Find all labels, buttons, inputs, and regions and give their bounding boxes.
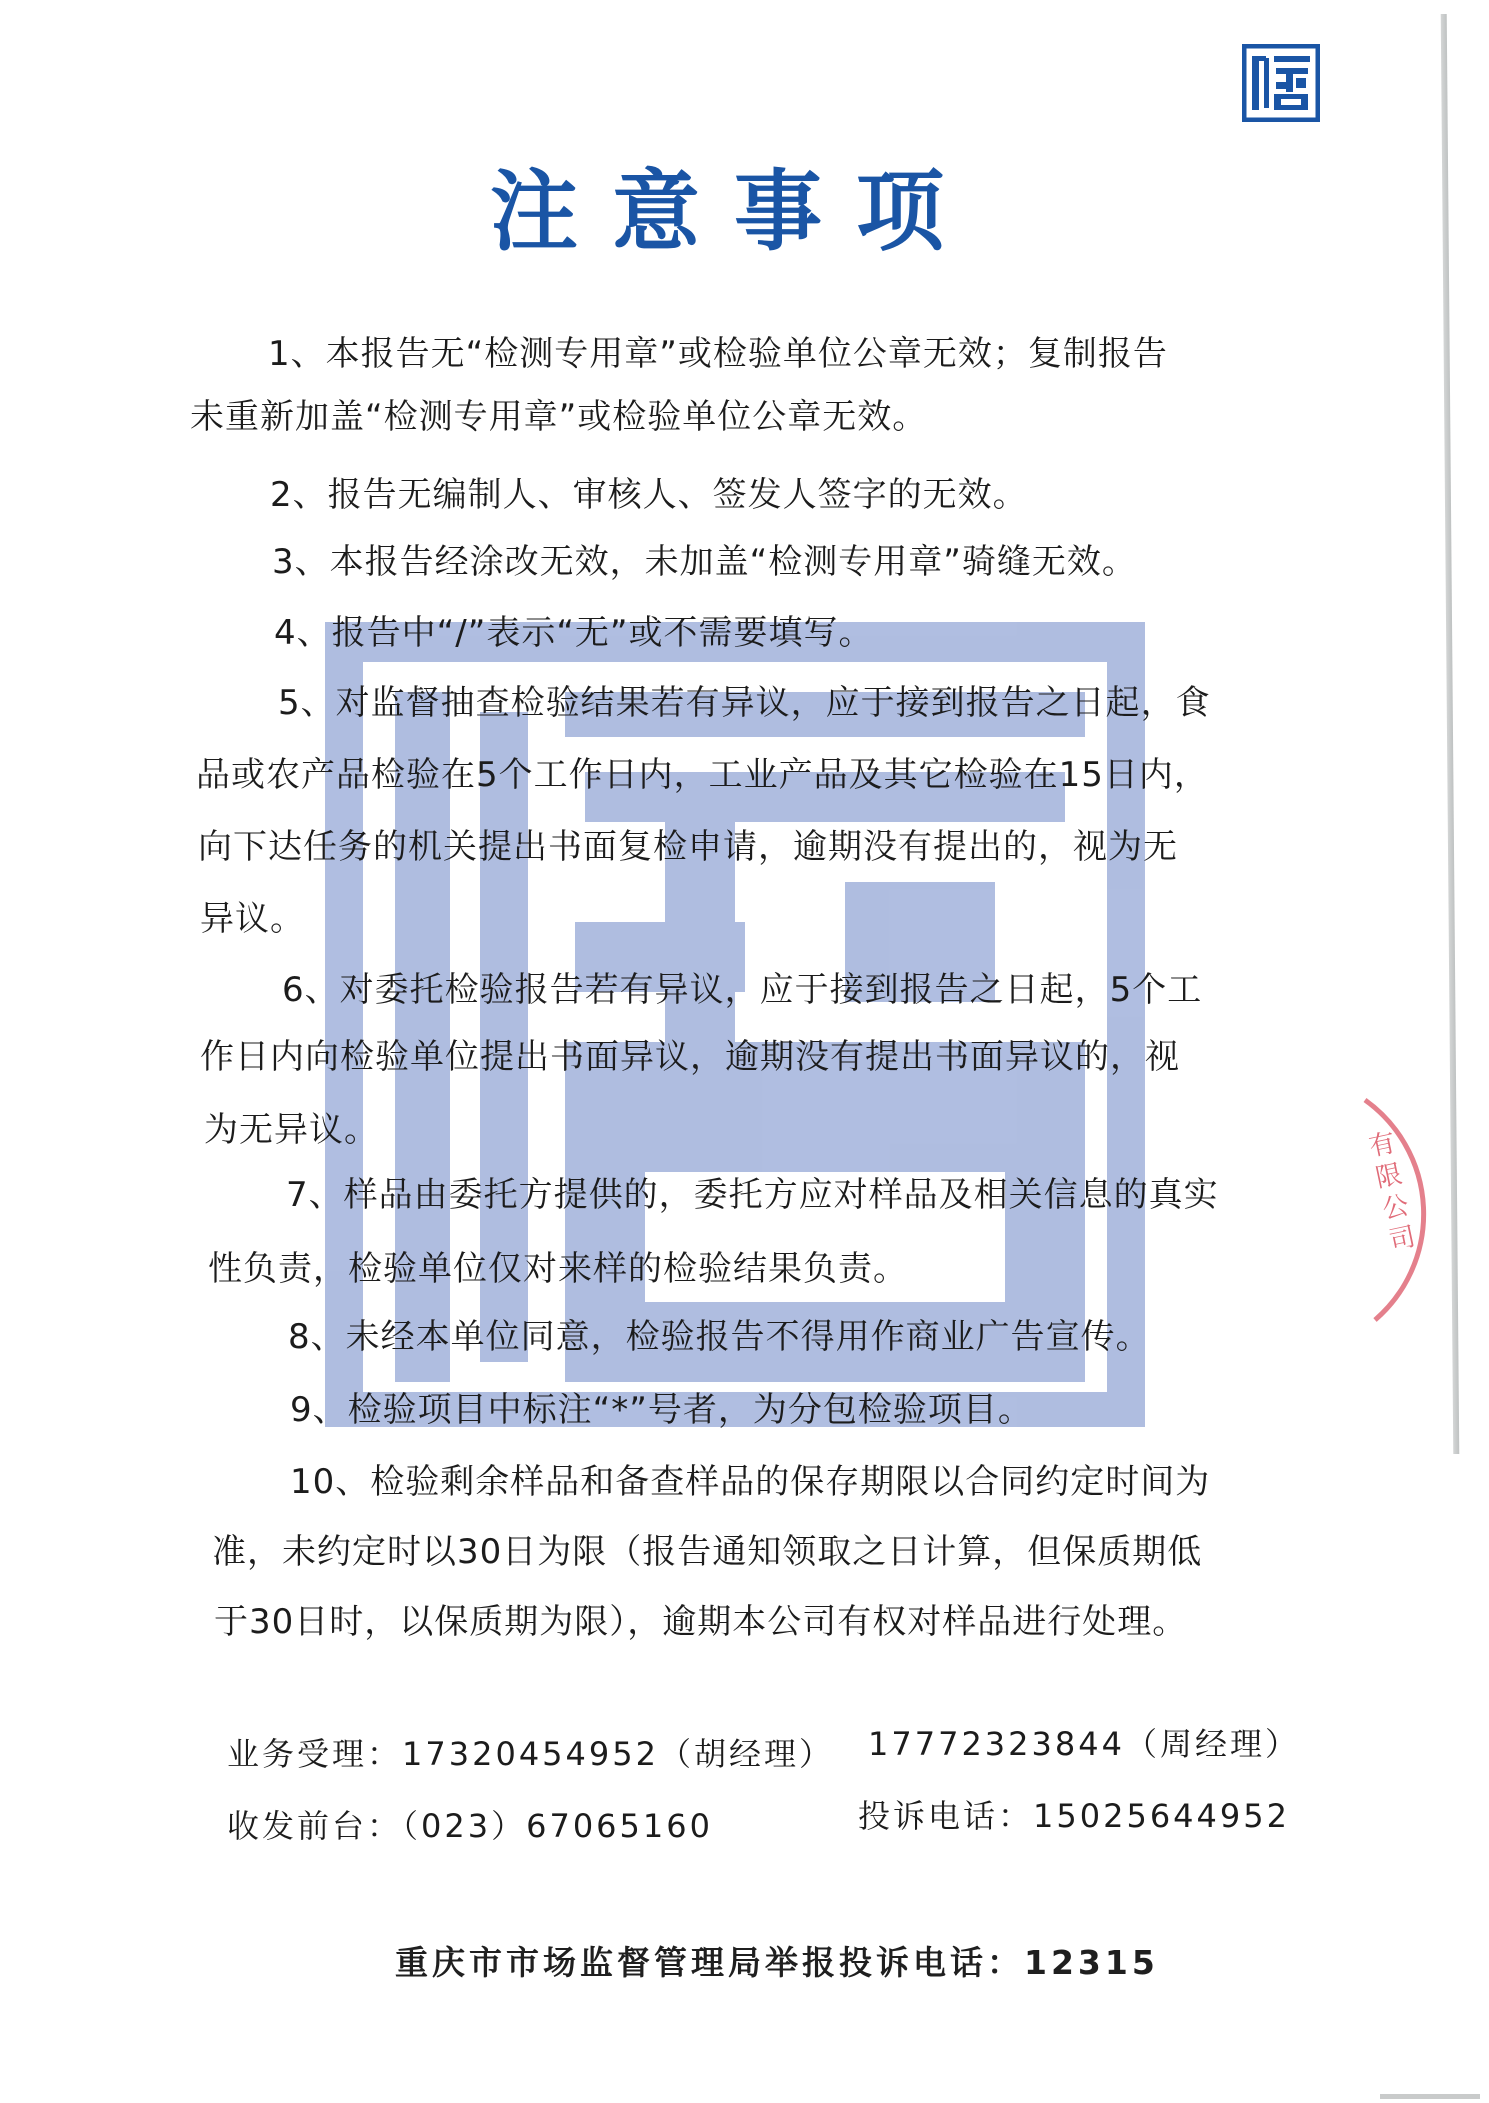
complaint-contact: 投诉电话：15025644952 <box>858 1800 1290 1832</box>
complaint-phone: 15025644952 <box>1033 1797 1290 1835</box>
notice-item-9: 9、检验项目中标注“*”号者，为分包检验项目。 <box>290 1393 1033 1427</box>
notice-item-6-line-2: 作日内向检验单位提出书面异议，逾期没有提出书面异议的，视 <box>200 1040 1180 1074</box>
notice-item-4: 4、报告中“/”表示“无”或不需要填写。 <box>274 616 874 650</box>
notice-item-1-line-2: 未重新加盖“检测专用章”或检验单位公章无效。 <box>190 400 927 434</box>
page-title: 注意事项 <box>490 168 950 256</box>
notice-item-5-line-2: 品或农产品检验在5个工作日内，工业产品及其它检验在15日内， <box>196 758 1209 792</box>
notice-item-2: 2、报告无编制人、审核人、签发人签字的无效。 <box>270 478 1028 512</box>
reception-phone: （023）67065160 <box>402 1807 713 1845</box>
notice-item-7-line-2: 性负责，检验单位仅对来样的检验结果负责。 <box>208 1252 908 1286</box>
business-label: 业务受理： <box>227 1735 402 1773</box>
notice-item-1-line-1: 1、本报告无“检测专用章”或检验单位公章无效；复制报告 <box>268 337 1168 371</box>
reception-contact: 收发前台：（023）67065160 <box>227 1810 713 1842</box>
notice-item-10-line-3: 于30日时，以保质期为限），逾期本公司有权对样品进行处理。 <box>214 1605 1187 1639</box>
complaint-label: 投诉电话： <box>858 1797 1033 1835</box>
notice-item-10-line-2: 准，未约定时以30日为限（报告通知领取之日计算，但保质期低 <box>212 1535 1202 1569</box>
notice-item-5-line-3: 向下达任务的机关提出书面复检申请，逾期没有提出的，视为无 <box>198 830 1178 864</box>
seal-watermark-icon <box>325 622 1145 1427</box>
notice-item-5-line-1: 5、对监督抽查检验结果若有异议，应于接到报告之日起，食 <box>278 686 1211 720</box>
notice-item-5-line-4: 异议。 <box>200 902 305 936</box>
company-seal-logo-icon <box>1242 44 1320 122</box>
notice-item-10-line-1: 10、检验剩余样品和备查样品的保存期限以合同约定时间为 <box>290 1465 1210 1499</box>
notice-item-6-line-3: 为无异议。 <box>204 1113 379 1147</box>
business-contact: 业务受理：17320454952（胡经理） <box>227 1738 834 1770</box>
notice-item-8: 8、未经本单位同意，检验报告不得用作商业广告宣传。 <box>288 1320 1151 1354</box>
notice-item-7-line-1: 7、样品由委托方提供的，委托方应对样品及相关信息的真实 <box>286 1178 1219 1212</box>
notice-item-3: 3、本报告经涂改无效，未加盖“检测专用章”骑缝无效。 <box>272 545 1137 579</box>
business-phone-1: 17320454952（胡经理） <box>402 1735 834 1773</box>
reception-label: 收发前台： <box>227 1807 402 1845</box>
scan-edge-line-bottom <box>1380 2094 1480 2099</box>
red-stamp-icon <box>1360 1090 1480 1330</box>
footer-hotline: 重庆市市场监督管理局举报投诉电话：12315 <box>395 1937 1159 1984</box>
notice-item-6-line-1: 6、对委托检验报告若有异议，应于接到报告之日起，5个工 <box>282 973 1202 1007</box>
business-phone-2: 17772323844（周经理） <box>868 1728 1300 1760</box>
